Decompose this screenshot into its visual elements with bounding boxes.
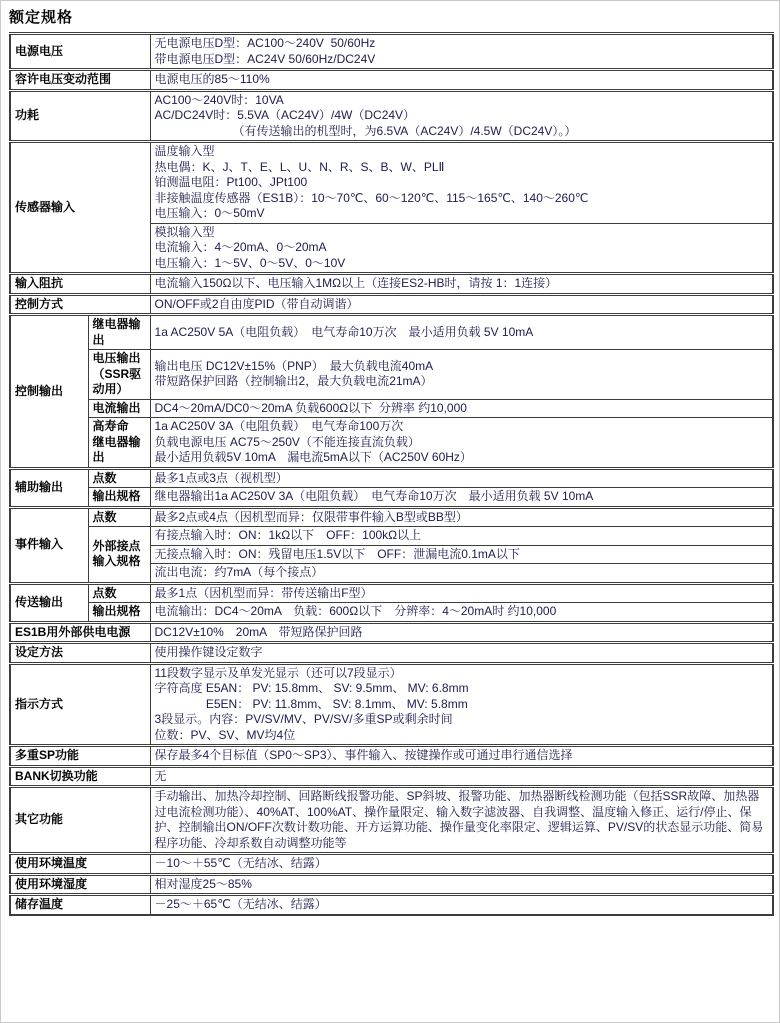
sublabel-current-output: 电流输出 (88, 399, 150, 418)
value-setting-method: 使用操作键设定数字 (150, 643, 773, 664)
table-row-storage-temp: 储存温度 －25～＋65℃（无结冰、结露） (10, 895, 773, 915)
value-transfer-points: 最多1点（因机型而异：带传送输出F型） (150, 583, 773, 603)
label-power-consumption: 功耗 (10, 90, 150, 142)
sublabel-transfer-points: 点数 (88, 583, 150, 603)
sublabel-event-points: 点数 (88, 507, 150, 527)
value-sensor-input-temperature: 温度输入型 热电偶：K、J、T、E、L、U、N、R、S、B、W、PLⅡ 铂测温电… (150, 142, 773, 224)
label-event-input: 事件输入 (10, 507, 88, 583)
value-control-method: ON/OFF或2自由度PID（带自动调谐） (150, 294, 773, 315)
table-row-ambient-temp: 使用环境温度 －10～＋55℃（无结冰、结露） (10, 854, 773, 875)
value-ambient-humidity: 相对湿度25～85% (150, 874, 773, 895)
value-long-life-relay-output: 1a AC250V 3A（电阻负载） 电气寿命100万次 负载电源电压 AC75… (150, 418, 773, 469)
table-row-sensor-input: 传感器输入 温度输入型 热电偶：K、J、T、E、L、U、N、R、S、B、W、PL… (10, 142, 773, 224)
value-ambient-temp: －10～＋55℃（无结冰、结露） (150, 854, 773, 875)
label-power-voltage: 电源电压 (10, 34, 150, 70)
page-title: 额定规格 (9, 6, 779, 27)
label-voltage-range: 容许电压变动范围 (10, 70, 150, 91)
table-row-control-output-current: 电流输出 DC4～20mA/DC0～20mA 负载600Ω以下 分辨率 约10,… (10, 399, 773, 418)
sublabel-auxiliary-points: 点数 (88, 468, 150, 488)
table-row-display-method: 指示方式 11段数字显示及单发光显示（还可以7段显示） 字符高度 E5AN： P… (10, 663, 773, 746)
value-input-impedance: 电流输入150Ω以下、电压输入1MΩ以上（连接ES2-HB时，请按 1：1连接） (150, 274, 773, 295)
value-contactless-input: 无接点输入时：ON：残留电压1.5V以下 OFF：泄漏电流0.1mA以下 (150, 545, 773, 564)
label-transfer-output: 传送输出 (10, 583, 88, 622)
label-ambient-temp: 使用环境温度 (10, 854, 150, 875)
value-es1b-power: DC12V±10% 20mA 带短路保护回路 (150, 622, 773, 643)
value-voltage-range: 电源电压的85～110% (150, 70, 773, 91)
table-row-control-output-long-life-relay: 高寿命 继电器输出 1a AC250V 3A（电阻负载） 电气寿命100万次 负… (10, 418, 773, 469)
sublabel-voltage-output: 电压输出（SSR驱动用） (88, 350, 150, 400)
spec-table: 电源电压 无电源电压D型：AC100～240V 50/60Hz 带电源电压D型：… (9, 32, 774, 916)
table-row-auxiliary-output-points: 辅助输出 点数 最多1点或3点（视机型） (10, 468, 773, 488)
table-row-event-input-contact-on: 外部接点输入规格 有接点输入时：ON：1kΩ以下 OFF：100kΩ以上 (10, 527, 773, 546)
table-row-transfer-output-points: 传送输出 点数 最多1点（因机型而异：带传送输出F型） (10, 583, 773, 603)
table-row-power-consumption: 功耗 AC100～240V时：10VA AC/DC24V时：5.5VA（AC24… (10, 90, 773, 142)
table-row-transfer-output-spec: 输出规格 电流输出：DC4～20mA 负载：600Ω以下 分辨率：4～20mA时… (10, 603, 773, 623)
value-current-output: DC4～20mA/DC0～20mA 负载600Ω以下 分辨率 约10,000 (150, 399, 773, 418)
label-ambient-humidity: 使用环境湿度 (10, 874, 150, 895)
label-setting-method: 设定方法 (10, 643, 150, 664)
value-power-voltage: 无电源电压D型：AC100～240V 50/60Hz 带电源电压D型：AC24V… (150, 34, 773, 70)
value-contact-input: 有接点输入时：ON：1kΩ以下 OFF：100kΩ以上 (150, 527, 773, 546)
table-row-setting-method: 设定方法 使用操作键设定数字 (10, 643, 773, 664)
label-multi-sp: 多重SP功能 (10, 746, 150, 767)
table-row-multi-sp: 多重SP功能 保存最多4个目标值（SP0～SP3）、事件输入、按键操作或可通过串… (10, 746, 773, 767)
label-es1b-power: ES1B用外部供电电源 (10, 622, 150, 643)
sublabel-long-life-relay-output: 高寿命 继电器输出 (88, 418, 150, 469)
value-other-functions: 手动输出、加热冷却控制、回路断线报警功能、SP斜坡、报警功能、加热器断线检测功能… (150, 787, 773, 854)
value-storage-temp: －25～＋65℃（无结冰、结露） (150, 895, 773, 915)
sublabel-external-contact-spec: 外部接点输入规格 (88, 527, 150, 584)
value-sensor-input-analog: 模拟输入型 电流输入：4～20mA、0～20mA 电压输入：1～5V、0～5V、… (150, 223, 773, 274)
table-row-control-output-voltage: 电压输出（SSR驱动用） 输出电压 DC12V±15%（PNP） 最大负载电流4… (10, 350, 773, 400)
value-outflow-current: 流出电流：约7mA（每个接点） (150, 564, 773, 584)
table-row-ambient-humidity: 使用环境湿度 相对湿度25～85% (10, 874, 773, 895)
value-auxiliary-spec: 继电器输出1a AC250V 3A（电阻负载） 电气寿命10万次 最小适用负载 … (150, 488, 773, 508)
table-row-auxiliary-output-spec: 输出规格 继电器输出1a AC250V 3A（电阻负载） 电气寿命10万次 最小… (10, 488, 773, 508)
value-auxiliary-points: 最多1点或3点（视机型） (150, 468, 773, 488)
table-row-voltage-range: 容许电压变动范围 电源电压的85～110% (10, 70, 773, 91)
value-display-method: 11段数字显示及单发光显示（还可以7段显示） 字符高度 E5AN： PV: 15… (150, 663, 773, 746)
label-display-method: 指示方式 (10, 663, 150, 746)
label-sensor-input: 传感器输入 (10, 142, 150, 274)
label-control-method: 控制方式 (10, 294, 150, 315)
value-power-consumption: AC100～240V时：10VA AC/DC24V时：5.5VA（AC24V）/… (150, 90, 773, 142)
table-row-control-method: 控制方式 ON/OFF或2自由度PID（带自动调谐） (10, 294, 773, 315)
spec-document-page: 额定规格 电源电压 无电源电压D型：AC100～240V 50/60Hz 带电源… (0, 0, 780, 1023)
label-other-functions: 其它功能 (10, 787, 150, 854)
table-row-es1b-power: ES1B用外部供电电源 DC12V±10% 20mA 带短路保护回路 (10, 622, 773, 643)
value-bank-switch: 无 (150, 766, 773, 787)
label-bank-switch: BANK切换功能 (10, 766, 150, 787)
sublabel-transfer-spec: 输出规格 (88, 603, 150, 623)
value-voltage-output: 输出电压 DC12V±15%（PNP） 最大负载电流40mA 带短路保护回路（控… (150, 350, 773, 400)
sublabel-relay-output: 继电器输出 (88, 315, 150, 350)
label-control-output: 控制输出 (10, 315, 88, 469)
value-relay-output: 1a AC250V 5A（电阻负载） 电气寿命10万次 最小适用负载 5V 10… (150, 315, 773, 350)
table-row-bank-switch: BANK切换功能 无 (10, 766, 773, 787)
table-row-control-output-relay: 控制输出 继电器输出 1a AC250V 5A（电阻负载） 电气寿命10万次 最… (10, 315, 773, 350)
sublabel-auxiliary-spec: 输出规格 (88, 488, 150, 508)
label-storage-temp: 储存温度 (10, 895, 150, 915)
value-event-points: 最多2点或4点（因机型而异：仅限带事件输入B型或BB型） (150, 507, 773, 527)
table-row-event-input-points: 事件输入 点数 最多2点或4点（因机型而异：仅限带事件输入B型或BB型） (10, 507, 773, 527)
table-row-other-functions: 其它功能 手动输出、加热冷却控制、回路断线报警功能、SP斜坡、报警功能、加热器断… (10, 787, 773, 854)
label-auxiliary-output: 辅助输出 (10, 468, 88, 507)
table-row-input-impedance: 输入阻抗 电流输入150Ω以下、电压输入1MΩ以上（连接ES2-HB时，请按 1… (10, 274, 773, 295)
label-input-impedance: 输入阻抗 (10, 274, 150, 295)
table-row-power-voltage: 电源电压 无电源电压D型：AC100～240V 50/60Hz 带电源电压D型：… (10, 34, 773, 70)
value-multi-sp: 保存最多4个目标值（SP0～SP3）、事件输入、按键操作或可通过串行通信选择 (150, 746, 773, 767)
value-transfer-spec: 电流输出：DC4～20mA 负载：600Ω以下 分辨率：4～20mA时 约10,… (150, 603, 773, 623)
